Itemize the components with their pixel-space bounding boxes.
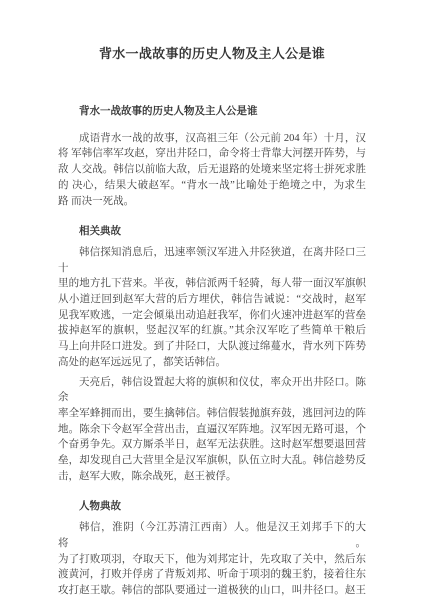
text-line: 韩信，淮阴（今江苏清江西南）人。他是汉王刘邦手下的大将。	[58, 520, 366, 551]
text-line: 攻打赵王歇。韩信的部队要通过一道极狭的山口，叫井径口。赵王	[58, 583, 366, 599]
text-line: 击，赵军大败，陈余战死，赵王被俘。	[58, 469, 366, 485]
section-heading: 相关典故	[58, 224, 366, 240]
text-line: 天亮后，韩信设置起大将的旗帜和仪仗，率众开出井陉口。陈余	[58, 375, 366, 406]
text-line: 敌 人交战。韩信以前临大敌，后无退路的处境来坚定将士拼死求胜	[58, 162, 366, 178]
text-line: 见我军败逃，一定会倾巢出动追赶我军，你们火速冲进赵军的营垒	[58, 308, 366, 324]
text-line: 从小道迂回到赵军大营的后方埋伏，韩信告诫说：“交战时，赵军	[58, 292, 366, 308]
text-line: 个奋勇争先。双方厮杀半日，赵军无法获胜。这时赵军想要退回营	[58, 437, 366, 453]
text-line: 高处的赵军远远见了，都笑话韩信。	[58, 355, 366, 371]
text-line: 渡黄河，打败并俘虏了背叛刘邦、听命于项羽的魏王豹，接着往东	[58, 567, 366, 583]
text-line: 拔掉赵军的旗帜，竖起汉军的红旗。”其余汉军吃了些简单干粮后	[58, 323, 366, 339]
text-line: 率全军蜂拥而出，要生擒韩信。韩信假装抛旗弃鼓，逃回河边的阵	[58, 406, 366, 422]
document-title: 背水一战故事的历史人物及主人公是谁	[0, 46, 424, 62]
text-line: 将 军韩信率军攻赵，穿出井陉口，命令将士背靠大河摆开阵势，与	[58, 146, 366, 162]
paragraph: 韩信，淮阴（今江苏清江西南）人。他是汉王刘邦手下的大将。为了打败项羽，夺取天下，…	[58, 520, 366, 599]
text-line: 垒，却发现自己大营里全是汉军旗帜，队伍立时大乱。韩信趁势反	[58, 453, 366, 469]
text-line: 里的地方扎下营来。半夜，韩信派两千轻骑，每人带一面汉军旗帜	[58, 276, 366, 292]
section-heading: 人物典故	[58, 499, 366, 515]
paragraph: 成语背水一战的故事，汉高祖三年（公元前 204 年）十月，汉将 军韩信率军攻赵，…	[58, 131, 366, 210]
text-line: 韩信探知消息后，迅速率领汉军进入井陉狭道，在离井陉口三十	[58, 245, 366, 276]
document-body: 背水一战故事的历史人物及主人公是谁成语背水一战的故事，汉高祖三年（公元前 204…	[58, 104, 366, 599]
paragraph: 天亮后，韩信设置起大将的旗帜和仪仗，率众开出井陉口。陈余率全军蜂拥而出，要生擒韩…	[58, 375, 366, 485]
document-page: 背水一战故事的历史人物及主人公是谁 背水一战故事的历史人物及主人公是谁成语背水一…	[0, 0, 424, 600]
text-line: 马上向井陉口进发。到了井陉口，大队渡过绵蔓水，背水列下阵势	[58, 339, 366, 355]
text-line: 为了打败项羽，夺取天下，他为刘邦定计，先攻取了关中，然后东	[58, 552, 366, 568]
text-line: 成语背水一战的故事，汉高祖三年（公元前 204 年）十月，汉	[58, 131, 366, 147]
paragraph: 韩信探知消息后，迅速率领汉军进入井陉狭道，在离井陉口三十里的地方扎下营来。半夜，…	[58, 245, 366, 371]
text-line: 的 决心，结果大破赵军。“背水一战”比喻处于绝境之中，为求生	[58, 178, 366, 194]
document-subheading: 背水一战故事的历史人物及主人公是谁	[58, 104, 366, 120]
text-line: 路 而决一死战。	[58, 194, 366, 210]
text-line: 地。陈余下令赵军全营出击，直逼汉军阵地。汉军因无路可退，个	[58, 422, 366, 438]
